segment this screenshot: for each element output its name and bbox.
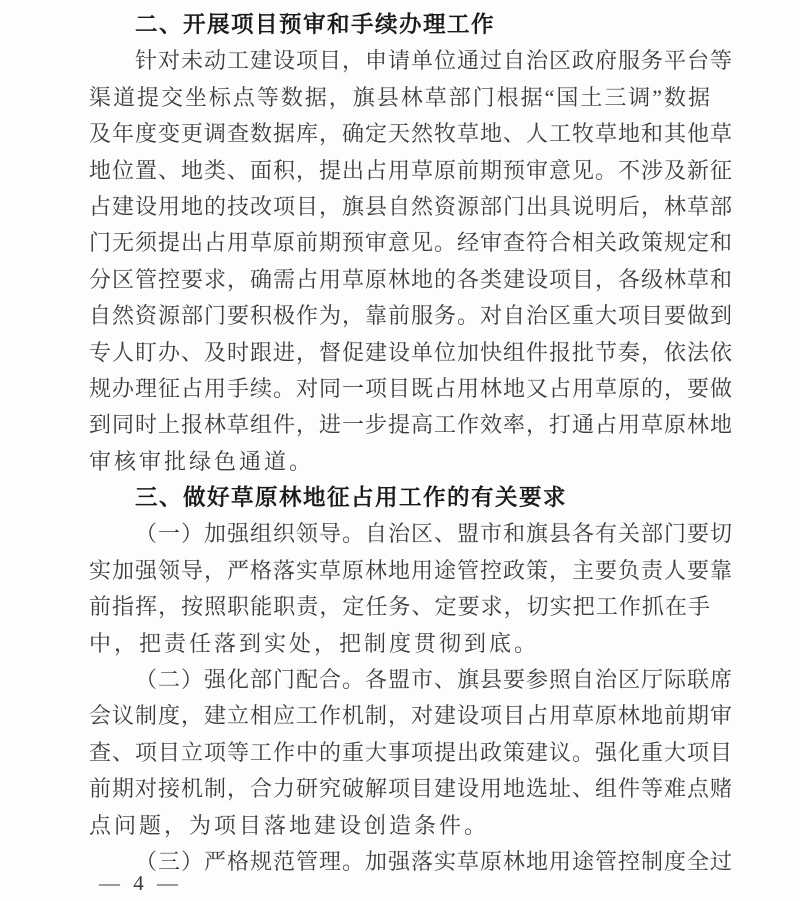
paragraph-line: 查、项目立项等工作中的重大事项提出政策建议。强化重大项目 <box>89 735 711 771</box>
paragraph-line: （一）加强组织领导。自治区、盟市和旗县各有关部门要切 <box>89 516 711 552</box>
page-number: — 4 — <box>99 871 182 896</box>
paragraph-line: 专人盯办、及时跟进，督促建设单位加快组件报批节奏，依法依 <box>89 335 711 371</box>
paragraph-line: 中，把责任落到实处，把制度贯彻到底。 <box>89 626 711 662</box>
paragraph-line: 前期对接机制，合力研究破解项目建设用地选址、组件等难点赌 <box>89 771 711 807</box>
paragraph-line: 前指挥，按照职能职责，定任务、定要求，切实把工作抓在手 <box>89 589 711 625</box>
paragraph-line: 针对未动工建设项目，申请单位通过自治区政府服务平台等 <box>89 43 711 79</box>
paragraph-line: 分区管控要求，确需占用草原林地的各类建设项目，各级林草和 <box>89 262 711 298</box>
paragraph-line: 会议制度，建立相应工作机制，对建设项目占用草原林地前期审 <box>89 698 711 734</box>
document-page: 二、开展项目预审和手续办理工作 针对未动工建设项目，申请单位通过自治区政府服务平… <box>0 0 800 901</box>
paragraph-line: （三）严格规范管理。加强落实草原林地用途管控制度全过 <box>89 844 711 880</box>
paragraph-line: 地位置、地类、面积，提出占用草原前期预审意见。不涉及新征 <box>89 153 711 189</box>
paragraph-line: 到同时上报林草组件，进一步提高工作效率，打通占用草原林地 <box>89 407 711 443</box>
paragraph-line: 及年度变更调查数据库，确定天然牧草地、人工牧草地和其他草 <box>89 116 711 152</box>
paragraph-line: 点问题，为项目落地建设创造条件。 <box>89 808 711 844</box>
paragraph-line: 渠道提交坐标点等数据，旗县林草部门根据“国土三调”数据 <box>89 80 711 116</box>
paragraph-line: 自然资源部门要积极作为，靠前服务。对自治区重大项目要做到 <box>89 298 711 334</box>
document-body: 二、开展项目预审和手续办理工作 针对未动工建设项目，申请单位通过自治区政府服务平… <box>89 7 711 880</box>
paragraph-line: （二）强化部门配合。各盟市、旗县要参照自治区厅际联席 <box>89 662 711 698</box>
section-heading-2: 二、开展项目预审和手续办理工作 <box>89 7 711 43</box>
paragraph-line: 门无须提出占用草原前期预审意见。经审查符合相关政策规定和 <box>89 225 711 261</box>
paragraph-line: 占建设用地的技改项目，旗县自然资源部门出具说明后，林草部 <box>89 189 711 225</box>
paragraph-line: 规办理征占用手续。对同一项目既占用林地又占用草原的，要做 <box>89 371 711 407</box>
paragraph-line: 实加强领导，严格落实草原林地用途管控政策，主要负责人要靠 <box>89 553 711 589</box>
section-heading-3: 三、做好草原林地征占用工作的有关要求 <box>89 480 711 516</box>
paragraph-line: 审核审批绿色通道。 <box>89 444 711 480</box>
